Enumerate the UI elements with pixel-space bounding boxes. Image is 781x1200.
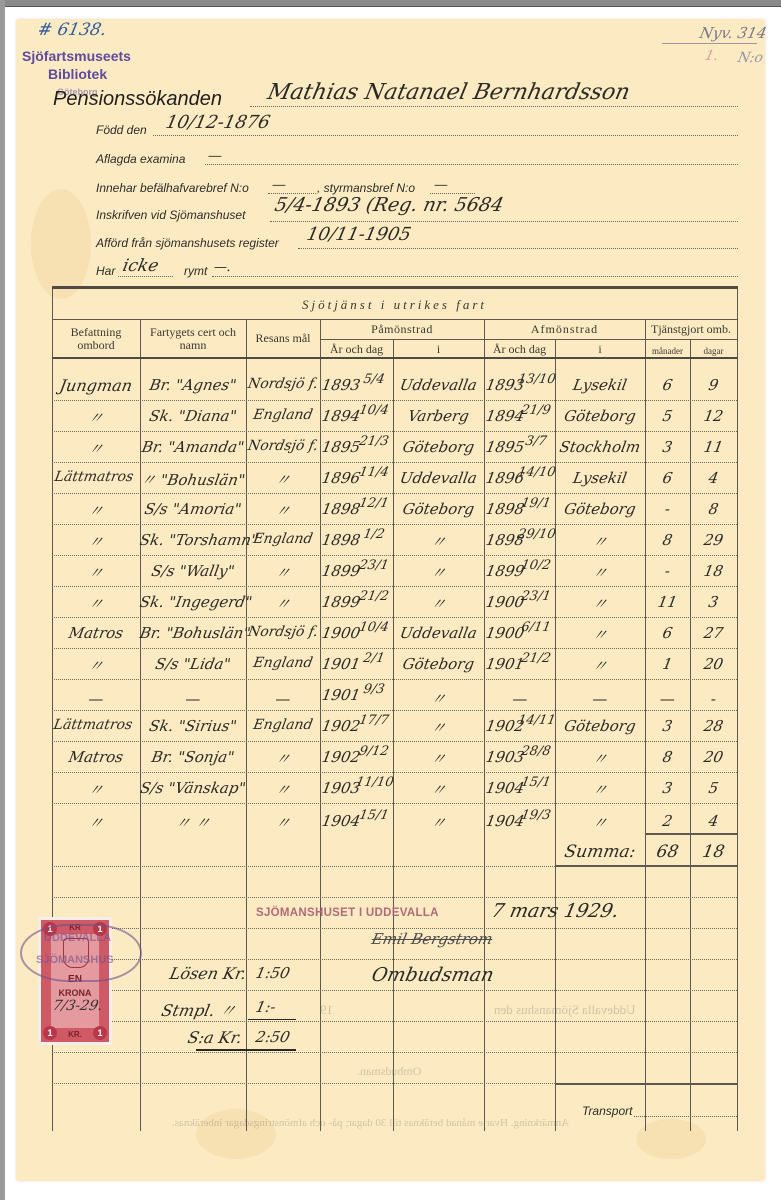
- cell-af-ar: 1898: [484, 531, 519, 549]
- cell-fartyg: Br. "Amanda": [138, 438, 247, 456]
- stamp-cancel-date: 7/3-29.: [51, 998, 104, 1014]
- paper-stain: [31, 189, 91, 299]
- catalog-number: # 6138.: [36, 20, 109, 40]
- cell-pa-ar: 1893: [320, 376, 357, 394]
- cell-fartyg: Br. "Sonja": [138, 748, 247, 766]
- cell-af-dag: 23/1: [517, 589, 556, 604]
- cell-fartyg: Br. "Bohuslän": [138, 624, 247, 642]
- cell-af-dag: 14/10: [517, 465, 556, 480]
- cell-af-i: Göteborg: [553, 407, 646, 425]
- field-dotline: [153, 135, 738, 136]
- table-title-rule: [52, 319, 737, 320]
- header-resans-mal: Resans mål: [246, 332, 320, 345]
- corner-underline: [662, 43, 757, 44]
- cell-manader: 11: [643, 593, 691, 611]
- cell-manader: 3: [643, 717, 691, 735]
- cell-pa-i: 〃: [391, 717, 486, 738]
- field-dotline: [212, 276, 738, 277]
- cell-af-i: Lysekil: [553, 376, 646, 394]
- cell-af-i: 〃: [553, 812, 647, 833]
- fee-label-total: S:a Kr.: [186, 1028, 244, 1047]
- cell-resans-mal: 〃: [244, 562, 322, 583]
- cell-pa-ar: 1902: [320, 717, 357, 735]
- cell-pa-i: 〃: [391, 531, 486, 552]
- row-line: [52, 493, 737, 494]
- cell-af-dag: 19/3: [517, 808, 556, 823]
- cell-af-dag: 14/11: [517, 713, 556, 728]
- cell-pa-dag: 12/1: [355, 496, 394, 511]
- header-pa-ar-och-dag: År och dag: [320, 343, 393, 356]
- cell-pa-i: Varberg: [391, 407, 485, 425]
- cell-pa-i: Göteborg: [391, 438, 485, 456]
- field-label-registered: Inskrifven vid Sjömanshuset: [96, 208, 245, 222]
- cell-af-ar: 1902: [484, 717, 519, 735]
- cell-befattning: Matros: [50, 748, 141, 766]
- subheader-rule: [320, 339, 737, 340]
- field-label-has: Har: [96, 264, 115, 278]
- row-line: [52, 679, 737, 680]
- cell-af-dag: 21/2: [517, 651, 556, 666]
- cell-dagar: 20: [688, 655, 738, 673]
- field-value-registered: 5/4-1893 (Reg. nr. 5684: [273, 194, 506, 216]
- row-line: [52, 1052, 737, 1053]
- cell-befattning: 〃: [50, 438, 142, 459]
- fee-value-stmpl: 1:-: [254, 998, 277, 1016]
- cell-fartyg: —: [138, 690, 247, 708]
- cell-manader: 6: [643, 624, 691, 642]
- cell-dagar: 20: [688, 748, 738, 766]
- cell-resans-mal: —: [244, 690, 321, 708]
- col-divider: [690, 339, 691, 1131]
- cell-af-ar: 1896: [484, 469, 519, 487]
- row-line: [52, 803, 737, 804]
- paper-stain: [636, 1119, 706, 1159]
- office-stamp: SJÖMANSHUSET I UDDEVALLA: [256, 907, 439, 919]
- cell-af-dag: 21/9: [517, 403, 556, 418]
- header-afmonstrad: Afmönstrad: [484, 323, 645, 336]
- cell-resans-mal: England: [245, 655, 322, 671]
- corner-no-label: N:o: [736, 50, 764, 66]
- cell-manader: —: [643, 690, 691, 708]
- cell-pa-ar: 1900: [320, 624, 357, 642]
- cell-manader: 6: [643, 469, 691, 487]
- cell-fartyg: S/s "Amoria": [138, 500, 247, 518]
- cell-resans-mal: England: [245, 717, 322, 733]
- cell-manader: 2: [643, 812, 691, 830]
- cell-pa-dag: 11/4: [355, 465, 394, 480]
- fee-underline: [248, 1019, 296, 1020]
- cell-befattning: —: [50, 690, 141, 708]
- applicant-title-label: Pensionssökanden: [53, 88, 222, 111]
- cell-pa-dag: 2/1: [355, 651, 394, 666]
- bleedthrough-line1: Uddevalla Sjömanshus den: [494, 1002, 636, 1018]
- header-af-ar-och-dag: År och dag: [484, 343, 555, 356]
- cell-pa-i: 〃: [391, 562, 486, 583]
- cell-dagar: 3: [688, 593, 738, 611]
- oval-stamp-line1: UDDEVALLA: [44, 932, 111, 944]
- cell-manader: -: [643, 500, 691, 518]
- cell-manader: 3: [643, 779, 691, 797]
- cell-pa-ar: 1901: [320, 655, 357, 673]
- row-line: [52, 586, 737, 587]
- cell-befattning: 〃: [50, 407, 142, 428]
- cell-pa-i: Göteborg: [391, 500, 485, 518]
- field-value-has: icke: [121, 256, 161, 276]
- cell-af-ar: 1894: [484, 407, 519, 425]
- transport-label: Transport: [582, 1104, 632, 1118]
- cell-dagar: 9: [688, 376, 738, 394]
- cell-resans-mal: Nordsjö f.: [245, 624, 322, 640]
- cell-pa-dag: 17/7: [355, 713, 394, 728]
- cell-manader: 5: [643, 407, 691, 425]
- cell-manader: 8: [643, 531, 691, 549]
- row-line: [52, 710, 737, 711]
- field-label-born: Född den: [96, 123, 147, 137]
- cell-fartyg: Br. "Agnes": [138, 376, 247, 394]
- cell-dagar: 8: [688, 500, 738, 518]
- field-label-exams: Aflagda examina: [96, 152, 185, 166]
- row-line: [52, 431, 737, 432]
- row-line: [52, 1021, 737, 1022]
- stamp-currency: KRONA: [41, 988, 109, 998]
- cell-manader: 8: [643, 748, 691, 766]
- summa-top-rule: [645, 833, 737, 835]
- cell-pa-ar: 1898: [320, 500, 357, 518]
- cell-resans-mal: Nordsjö f.: [245, 438, 322, 454]
- cell-af-dag: 28/8: [517, 744, 556, 759]
- header-tjanstgjort: Tjänstgjort omb.: [645, 323, 737, 336]
- cell-fartyg: Sk. "Sirius": [138, 717, 247, 735]
- cell-pa-i: 〃: [391, 748, 486, 769]
- cell-af-dag: 29/10: [517, 527, 556, 542]
- fee-value-total: 2:50: [254, 1028, 292, 1046]
- cell-dagar: 29: [688, 531, 738, 549]
- cell-pa-dag: 10/4: [355, 403, 394, 418]
- cell-dagar: 28: [688, 717, 738, 735]
- cell-pa-i: Göteborg: [391, 655, 485, 673]
- cell-af-i: Lysekil: [553, 469, 646, 487]
- cell-pa-i: Uddevalla: [391, 469, 485, 487]
- cell-fartyg: S/s "Lida": [138, 655, 247, 673]
- cell-af-ar: —: [484, 690, 555, 708]
- cell-dagar: 4: [688, 812, 738, 830]
- cell-befattning: 〃: [50, 779, 142, 800]
- row-line: [52, 959, 737, 960]
- summa-dagar: 18: [688, 842, 739, 862]
- row-line: [52, 617, 737, 618]
- cell-af-i: 〃: [553, 779, 647, 800]
- header-fartyg: Fartygets cert och namn: [140, 326, 246, 352]
- cell-pa-dag: 5/4: [355, 372, 394, 387]
- cell-af-ar: 1895: [484, 438, 519, 456]
- fee-total-underline: [196, 1049, 296, 1051]
- cell-fartyg: Sk. "Torshamn": [138, 531, 247, 549]
- cell-af-i: 〃: [553, 624, 647, 645]
- cell-befattning: 〃: [50, 593, 142, 614]
- cell-befattning: Matros: [50, 624, 141, 642]
- cell-pa-dag: 1/2: [355, 527, 394, 542]
- cell-pa-i: 〃: [391, 688, 486, 709]
- summa-manader: 68: [643, 842, 692, 862]
- cell-af-dag: 6/11: [517, 620, 556, 635]
- cell-dagar: 5: [688, 779, 738, 797]
- table-top-rule: [52, 286, 738, 289]
- cell-pa-ar: 1894: [320, 407, 357, 425]
- cell-pa-ar: 1902: [320, 748, 357, 766]
- row-line: [52, 741, 737, 742]
- cell-af-i: 〃: [553, 748, 647, 769]
- field-label-mate-cert: , styrmansbref N:o: [317, 181, 415, 195]
- cell-befattning: Jungman: [50, 376, 141, 395]
- cell-pa-dag: 10/4: [355, 620, 394, 635]
- cell-resans-mal: 〃: [244, 469, 322, 490]
- cell-befattning: Lättmatros: [45, 717, 142, 733]
- cell-pa-ar: 1898: [320, 531, 357, 549]
- row-line: [52, 897, 737, 898]
- cell-pa-i: Uddevalla: [391, 376, 485, 394]
- cell-af-ar: 1901: [484, 655, 519, 673]
- cell-befattning: 〃: [50, 531, 142, 552]
- transport-rule: [555, 1083, 737, 1085]
- cell-pa-i: 〃: [391, 593, 486, 614]
- cell-af-ar: 1903: [484, 748, 519, 766]
- cell-pa-ar: 1899: [320, 562, 357, 580]
- cell-dagar: -: [688, 690, 738, 708]
- cell-af-dag: 13/10: [517, 372, 556, 387]
- cell-af-dag: 15/1: [517, 775, 556, 790]
- row-line: [52, 772, 737, 773]
- stamp-bottom-text: KR.: [41, 1030, 109, 1039]
- office-oval-stamp: UDDEVALLA SJÖMANSHUS: [20, 924, 142, 982]
- cell-pa-dag: 15/1: [355, 808, 394, 823]
- cell-pa-dag: 23/1: [355, 558, 394, 573]
- cell-pa-dag: 21/3: [355, 434, 394, 449]
- library-stamp-line2: Bibliotek: [48, 66, 107, 82]
- table-border-right: [737, 289, 738, 1131]
- header-af-i: i: [555, 343, 645, 356]
- cell-resans-mal: 〃: [244, 593, 322, 614]
- cell-af-i: 〃: [553, 593, 647, 614]
- cell-befattning: Lättmatros: [47, 469, 142, 485]
- cell-fartyg: 〃 〃: [138, 812, 248, 833]
- cell-befattning: 〃: [50, 655, 142, 676]
- cell-pa-ar: 1899: [320, 593, 357, 611]
- cell-af-dag: 10/2: [517, 558, 556, 573]
- cell-pa-i: 〃: [391, 812, 486, 833]
- bleedthrough-line2: Ombudsman.: [357, 1064, 421, 1079]
- fee-label-stmpl: Stmpl. 〃: [160, 998, 239, 1021]
- window-left-edge: [0, 0, 5, 1200]
- field-dotline: [298, 248, 738, 249]
- cell-pa-ar: 1901: [320, 686, 357, 704]
- cell-af-ar: 1899: [484, 562, 519, 580]
- cell-af-i: Stockholm: [553, 438, 646, 456]
- header-befattning: Befattning ombord: [52, 326, 140, 352]
- cell-fartyg: S/s "Vänskap": [138, 779, 247, 797]
- cell-resans-mal: England: [245, 407, 322, 423]
- cell-af-ar: 1904: [484, 812, 519, 830]
- cell-pa-i: Uddevalla: [391, 624, 485, 642]
- library-stamp-line1: Sjöfartsmuseets: [22, 48, 131, 64]
- field-dotline: [205, 164, 738, 165]
- cell-af-dag: 3/7: [517, 434, 556, 449]
- cell-resans-mal: England: [245, 531, 322, 547]
- cell-af-dag: 19/1: [517, 496, 556, 511]
- cell-fartyg: S/s "Wally": [138, 562, 247, 580]
- transport-dotline: [634, 1116, 737, 1117]
- row-line: [52, 990, 737, 991]
- bleedthrough-year: 19: [320, 1002, 333, 1018]
- cell-af-ar: 1904: [484, 779, 519, 797]
- corner-note: Nyv. 314: [698, 24, 768, 42]
- cell-fartyg: Sk. "Diana": [138, 407, 247, 425]
- row-line: [52, 524, 737, 525]
- issue-date: 7 mars 1929.: [490, 900, 621, 922]
- header-bottom-rule: [52, 357, 738, 359]
- applicant-name: Mathias Natanael Bernhardsson: [265, 80, 632, 105]
- cell-dagar: 27: [688, 624, 738, 642]
- cell-af-i: 〃: [553, 531, 647, 552]
- cell-dagar: 11: [688, 438, 738, 456]
- cell-manader: 3: [643, 438, 691, 456]
- field-label-deregistered: Afförd från sjömanshusets register: [96, 236, 279, 250]
- cell-pa-ar: 1896: [320, 469, 357, 487]
- cell-af-ar: 1900: [484, 593, 519, 611]
- summa-bottom-rule: [555, 865, 737, 867]
- cell-manader: 1: [643, 655, 691, 673]
- cell-af-ar: 1900: [484, 624, 519, 642]
- fee-value-losen: 1:50: [254, 964, 292, 982]
- field-label-deserted: rymt: [184, 264, 207, 278]
- cell-fartyg: Sk. "Ingegerd": [138, 593, 247, 611]
- cell-af-i: 〃: [553, 655, 647, 676]
- field-value-deserted: —.: [212, 260, 232, 275]
- field-label-captain-cert: Innehar befälhafvarebref N:o: [96, 181, 249, 195]
- cell-af-i: —: [553, 690, 646, 708]
- cell-pa-ar: 1904: [320, 812, 357, 830]
- fee-label-losen: Lösen Kr.: [168, 964, 248, 983]
- summa-label: Summa:: [558, 842, 642, 862]
- row-line: [52, 400, 737, 401]
- cell-pa-ar: 1903: [320, 779, 357, 797]
- cell-befattning: 〃: [50, 562, 142, 583]
- cell-dagar: 4: [688, 469, 738, 487]
- row-line: [52, 555, 737, 556]
- row-line: [52, 648, 737, 649]
- cell-resans-mal: 〃: [244, 748, 322, 769]
- row-line: [52, 928, 737, 929]
- signature-title: Ombudsman: [370, 964, 496, 986]
- field-dotline: [270, 221, 738, 222]
- cell-pa-dag: 9/3: [355, 682, 394, 697]
- cell-fartyg: 〃 "Bohuslän": [138, 469, 248, 490]
- field-value-born: 10/12-1876: [164, 112, 272, 133]
- cell-pa-i: 〃: [391, 779, 486, 800]
- cell-resans-mal: 〃: [244, 812, 322, 833]
- cell-af-i: Göteborg: [553, 500, 646, 518]
- cell-befattning: 〃: [50, 500, 142, 521]
- row-line: [52, 462, 737, 463]
- cell-pa-dag: 9/12: [355, 744, 394, 759]
- header-pa-i: i: [393, 343, 484, 356]
- cell-manader: -: [643, 562, 691, 580]
- cell-befattning: 〃: [50, 812, 142, 833]
- cell-pa-ar: 1895: [320, 438, 357, 456]
- cell-af-ar: 1893: [484, 376, 519, 394]
- cell-dagar: 12: [688, 407, 738, 425]
- cell-pa-dag: 11/10: [355, 775, 394, 790]
- signature: Emil Bergstrom: [370, 930, 494, 948]
- cell-af-ar: 1898: [484, 500, 519, 518]
- cell-dagar: 18: [688, 562, 738, 580]
- field-dotline: [118, 276, 173, 277]
- header-pamonstrad: Påmönstrad: [320, 323, 484, 336]
- cell-resans-mal: 〃: [244, 500, 322, 521]
- field-value-deregistered: 10/11-1905: [305, 224, 413, 245]
- cell-af-i: 〃: [553, 562, 647, 583]
- oval-stamp-line2: SJÖMANSHUS: [36, 954, 114, 966]
- name-dotline: [250, 106, 738, 107]
- cell-resans-mal: 〃: [244, 779, 322, 800]
- table-title: Sjötjänst i utrikes fart: [52, 298, 737, 311]
- cell-af-i: Göteborg: [553, 717, 646, 735]
- cell-resans-mal: Nordsjö f.: [245, 376, 322, 392]
- window-top-edge: [0, 0, 781, 7]
- cell-manader: 6: [643, 376, 691, 394]
- cell-pa-dag: 21/2: [355, 589, 394, 604]
- bleedthrough-note: Anmärkning. Hvarje månad beräknas till 3…: [172, 1117, 569, 1129]
